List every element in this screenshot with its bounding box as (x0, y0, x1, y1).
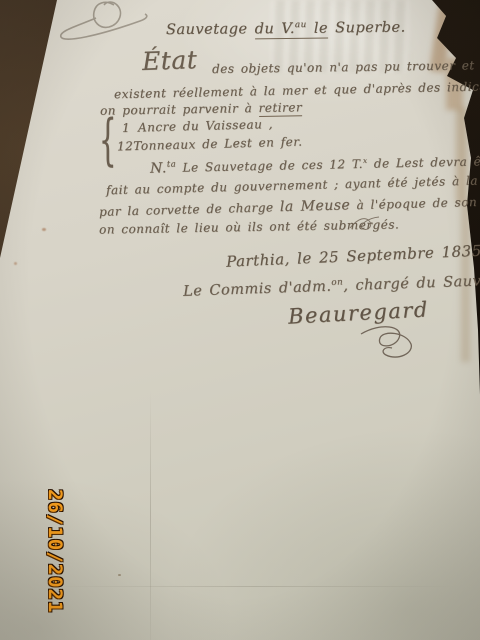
paper-crease (150, 390, 151, 640)
nota-label: N.ta (150, 160, 177, 177)
item-quantity: 12 (117, 139, 134, 153)
list-brace: { (99, 108, 117, 172)
ship-name: la Meuse (280, 197, 351, 215)
paper-crease (55, 586, 455, 587)
signature-paraph-icon (356, 324, 426, 364)
foxing-spot (14, 262, 17, 265)
paragraph-lead-word: État (142, 45, 198, 76)
foxing-spot (118, 574, 121, 576)
item-quantity: 1 (122, 121, 138, 135)
pencil-flourish-icon (52, 0, 156, 48)
title-text: Superbe. (328, 20, 406, 37)
foxing-spot (42, 228, 46, 231)
camera-date-stamp: 26/10/2021 (44, 489, 66, 613)
underlined-word: retirer (258, 100, 302, 117)
paragraph-line: on pourrait parvenir à retirer (100, 100, 302, 118)
ink-flourish-icon (348, 214, 382, 234)
photo-of-manuscript: Sauvetage du V.au le Superbe. État des o… (0, 0, 480, 640)
title-text: Sauvetage (166, 21, 255, 38)
title-underlined-part: du V.au le (255, 20, 329, 39)
document-title: Sauvetage du V.au le Superbe. (166, 19, 406, 38)
